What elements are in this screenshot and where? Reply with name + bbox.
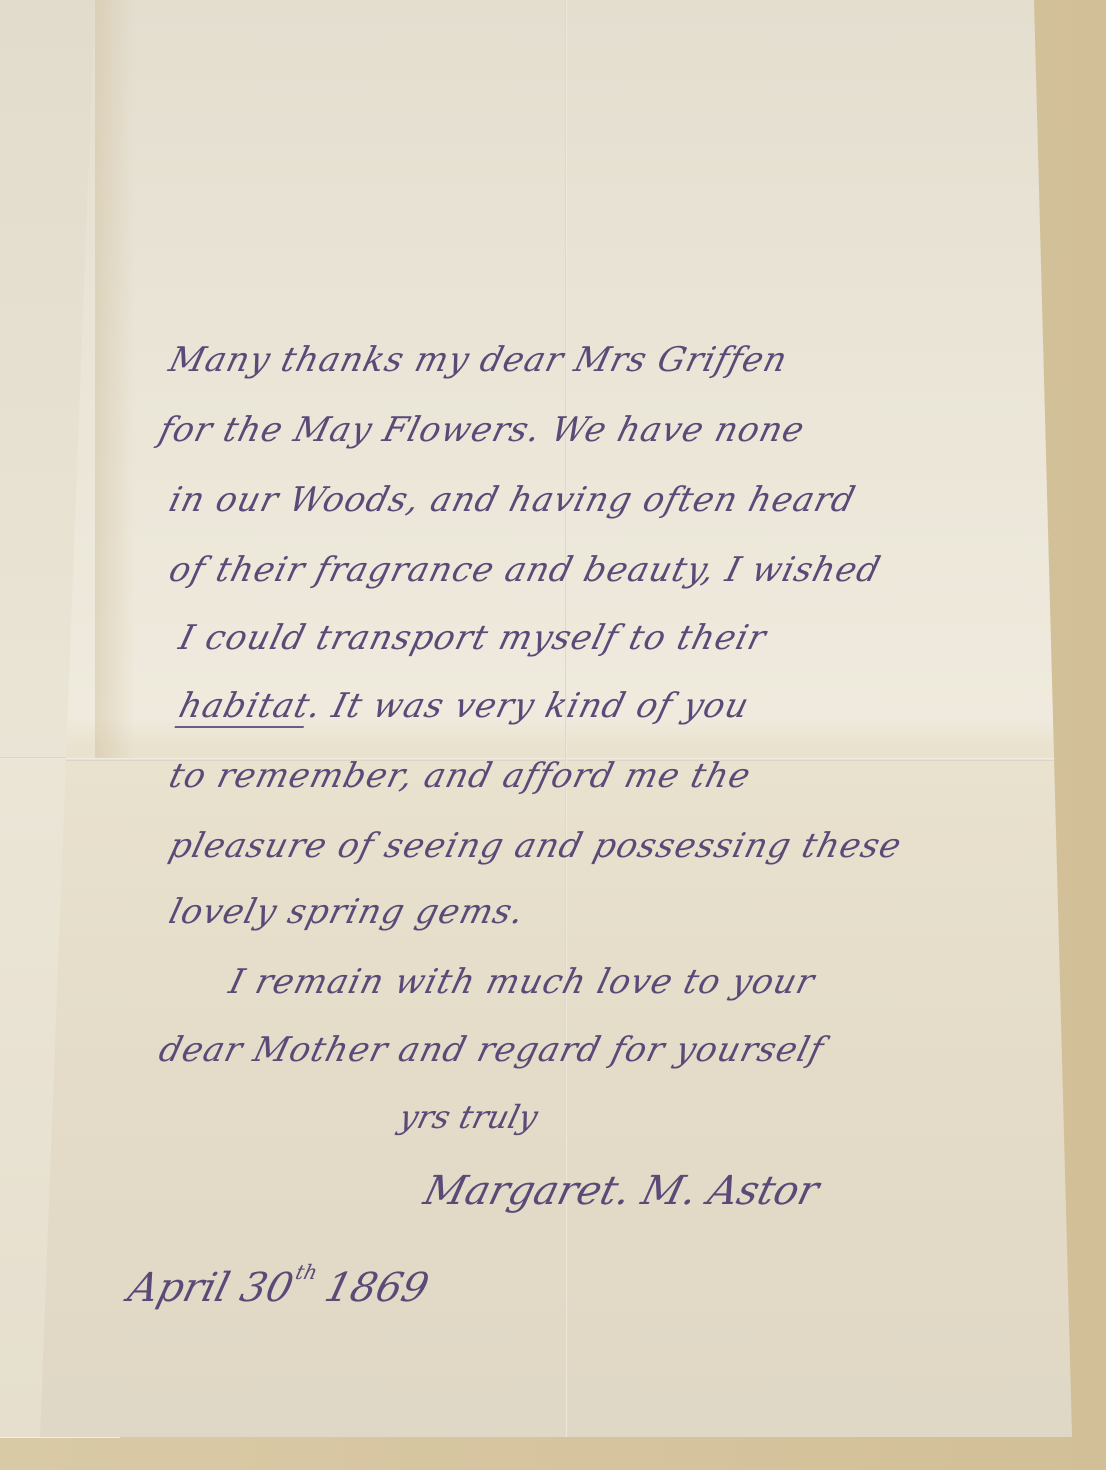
date-month-day: April 30 <box>124 1265 298 1311</box>
line-rest: . It was very kind of you <box>304 686 753 726</box>
letter-line: lovely spring gems. <box>165 892 529 932</box>
letter-line: Many thanks my dear Mrs Griffen <box>165 340 792 380</box>
date: April 30th 1869 <box>124 1260 435 1311</box>
sheet-shadow <box>95 0 135 760</box>
letter-line: to remember, and afford me the <box>165 756 755 796</box>
letter-line: habitat. It was very kind of you <box>175 686 754 726</box>
letter-line: in our Woods, and having often heard <box>165 480 860 520</box>
letter-line: I remain with much love to your <box>225 962 819 1002</box>
letter-line: I could transport myself to their <box>175 618 771 658</box>
closing: yrs truly <box>395 1098 542 1136</box>
date-year: 1869 <box>320 1265 433 1311</box>
letter-line: dear Mother and regard for yourself <box>155 1030 828 1070</box>
letter-line: for the May Flowers. We have none <box>155 410 809 450</box>
letter-line: pleasure of seeing and possessing these <box>165 826 906 866</box>
letter-line: of their fragrance and beauty, I wished <box>165 550 885 590</box>
signature: Margaret. M. Astor <box>419 1168 823 1214</box>
date-suffix: th <box>293 1260 320 1284</box>
underlined-word: habitat <box>175 686 315 728</box>
